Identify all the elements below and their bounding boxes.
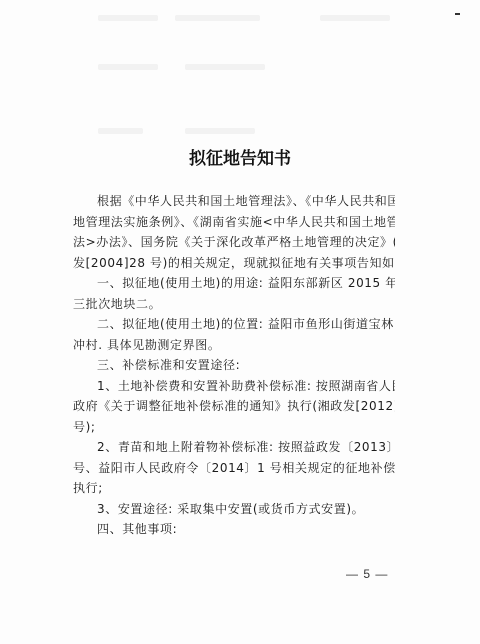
scan-residue xyxy=(98,15,158,21)
body-line: 三批次地块二。 xyxy=(73,294,395,315)
body-line: 一、拟征地(使用土地)的用途: 益阳东部新区 2015 年第 xyxy=(73,273,395,294)
body-line: 政府《关于调整征地补偿标准的通知》执行(湘政发[2012]46 xyxy=(73,396,395,417)
scan-speck xyxy=(455,13,460,15)
scan-residue xyxy=(185,64,265,70)
scan-residue xyxy=(98,64,158,70)
body-line: 1、土地补偿费和安置补助费补偿标准: 按照湖南省人民 xyxy=(73,376,395,397)
section-heading: 四、其他事项: xyxy=(73,519,395,540)
scan-residue xyxy=(98,128,143,134)
scan-residue xyxy=(185,128,255,134)
body-line: 法>办法》、国务院《关于深化改革严格土地管理的决定》(国 xyxy=(73,232,395,253)
body-line: 2、青苗和地上附着物补偿标准: 按照益政发〔2013〕13 xyxy=(73,437,395,458)
document-title: 拟征地告知书 xyxy=(0,144,480,169)
scan-residue xyxy=(320,15,390,21)
document-page: 拟征地告知书 根据《中华人民共和国土地管理法》、《中华人民共和国土 地管理法实施… xyxy=(0,0,480,644)
body-line: 号、益阳市人民政府令〔2014〕1 号相关规定的征地补偿标准 xyxy=(73,458,395,479)
body-line: 根据《中华人民共和国土地管理法》、《中华人民共和国土 xyxy=(73,191,395,212)
scan-residue xyxy=(175,15,260,21)
body-line: 发[2004]28 号)的相关规定，现就拟征地有关事项告知如下: xyxy=(73,253,395,274)
page-number: — 5 — xyxy=(346,567,388,581)
document-body: 根据《中华人民共和国土地管理法》、《中华人民共和国土 地管理法实施条例》、《湖南… xyxy=(73,191,395,540)
body-line: 二、拟征地(使用土地)的位置: 益阳市鱼形山街道宝林 xyxy=(73,314,395,335)
body-line: 冲村. 具体见勘测定界图。 xyxy=(73,335,395,356)
body-line: 3、安置途径: 采取集中安置(或货币方式安置)。 xyxy=(73,499,395,520)
body-line: 号); xyxy=(73,417,395,438)
section-heading: 三、补偿标准和安置途径: xyxy=(73,355,395,376)
body-line: 执行; xyxy=(73,478,395,499)
body-line: 地管理法实施条例》、《湖南省实施<中华人民共和国土地管理 xyxy=(73,212,395,233)
